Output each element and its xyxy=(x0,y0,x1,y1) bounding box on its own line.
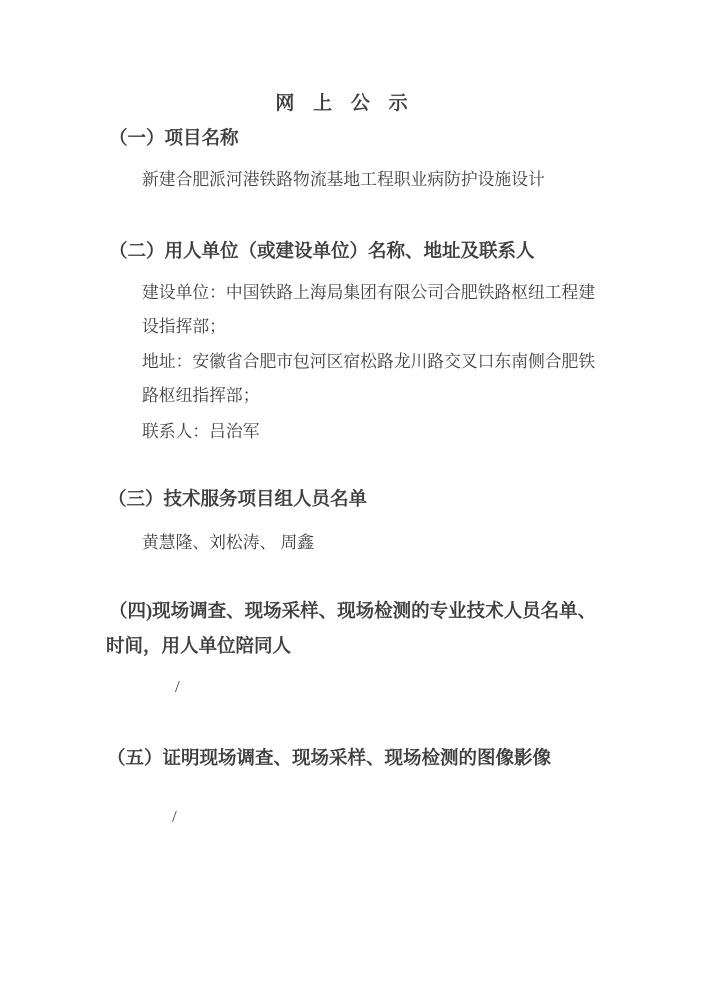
section-4-heading: （四)现场调查、现场采样、现场检测的专业技术人员名单、 xyxy=(109,602,596,622)
section-1-body-line: 新建合肥派河港铁路物流基地工程职业病防护设施设计 xyxy=(142,171,545,189)
section-2-body-line: 联系人：吕治军 xyxy=(142,423,259,441)
section-2-heading: （二）用人单位（或建设单位）名称、地址及联系人 xyxy=(109,242,535,262)
section-1-heading: （一）项目名称 xyxy=(109,129,239,149)
section-5-heading: （五）证明现场调查、现场采样、现场检测的图像影像 xyxy=(107,749,551,769)
section-3-body-line: 黄慧隆、刘松涛、 周鑫 xyxy=(142,534,314,552)
section-4-heading-continued: 时间，用人单位陪同人 xyxy=(106,637,291,657)
section-2-body-line: 地址：安徽省合肥市包河区宿松路龙川路交叉口东南侧合肥铁 xyxy=(142,353,595,371)
document-page: 网 上 公 示 （一）项目名称 新建合肥派河港铁路物流基地工程职业病防护设施设计… xyxy=(0,0,707,1000)
page-title: 网 上 公 示 xyxy=(0,94,690,115)
section-3-heading: （三）技术服务项目组人员名单 xyxy=(108,490,367,510)
section-2-body-line: 建设单位：中国铁路上海局集团有限公司合肥铁路枢纽工程建 xyxy=(142,284,595,302)
section-4-placeholder-slash: / xyxy=(175,678,180,697)
section-2-body-line: 路枢纽指挥部； xyxy=(142,387,259,405)
section-5-placeholder-slash: / xyxy=(172,808,177,827)
section-2-body-line: 设指挥部； xyxy=(142,318,226,336)
